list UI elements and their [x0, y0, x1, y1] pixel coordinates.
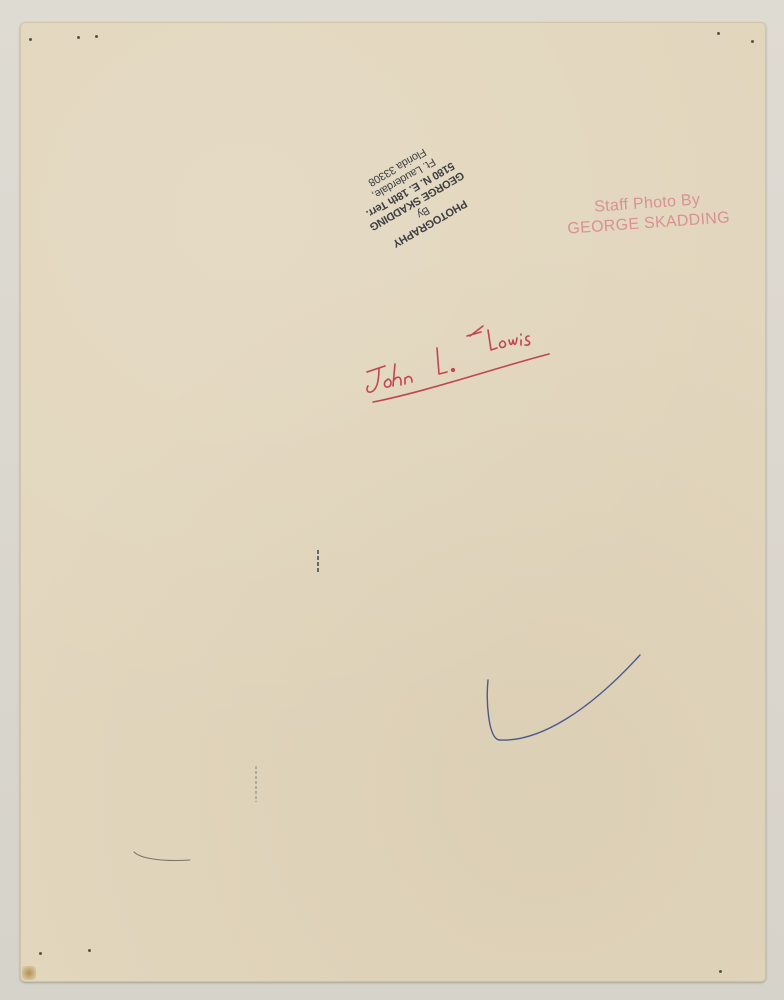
speck [39, 952, 42, 955]
speck [719, 970, 722, 973]
speck [751, 40, 754, 43]
speck [88, 949, 91, 952]
pencil-tick-mark [316, 548, 320, 576]
blue-pen-check-mark [480, 640, 660, 750]
speck [95, 35, 98, 38]
corner-stain [22, 966, 36, 980]
speck [717, 32, 720, 35]
handwritten-caption [355, 312, 555, 412]
pencil-tick-mark [254, 764, 258, 804]
photographer-stamp: PHOTOGRAPHY By GEORGE SKADDING 5180 N. E… [352, 120, 492, 260]
pencil-mark [130, 848, 200, 868]
speck [77, 36, 80, 39]
handwriting-john-l-lewis [355, 312, 555, 412]
speck [29, 38, 32, 41]
